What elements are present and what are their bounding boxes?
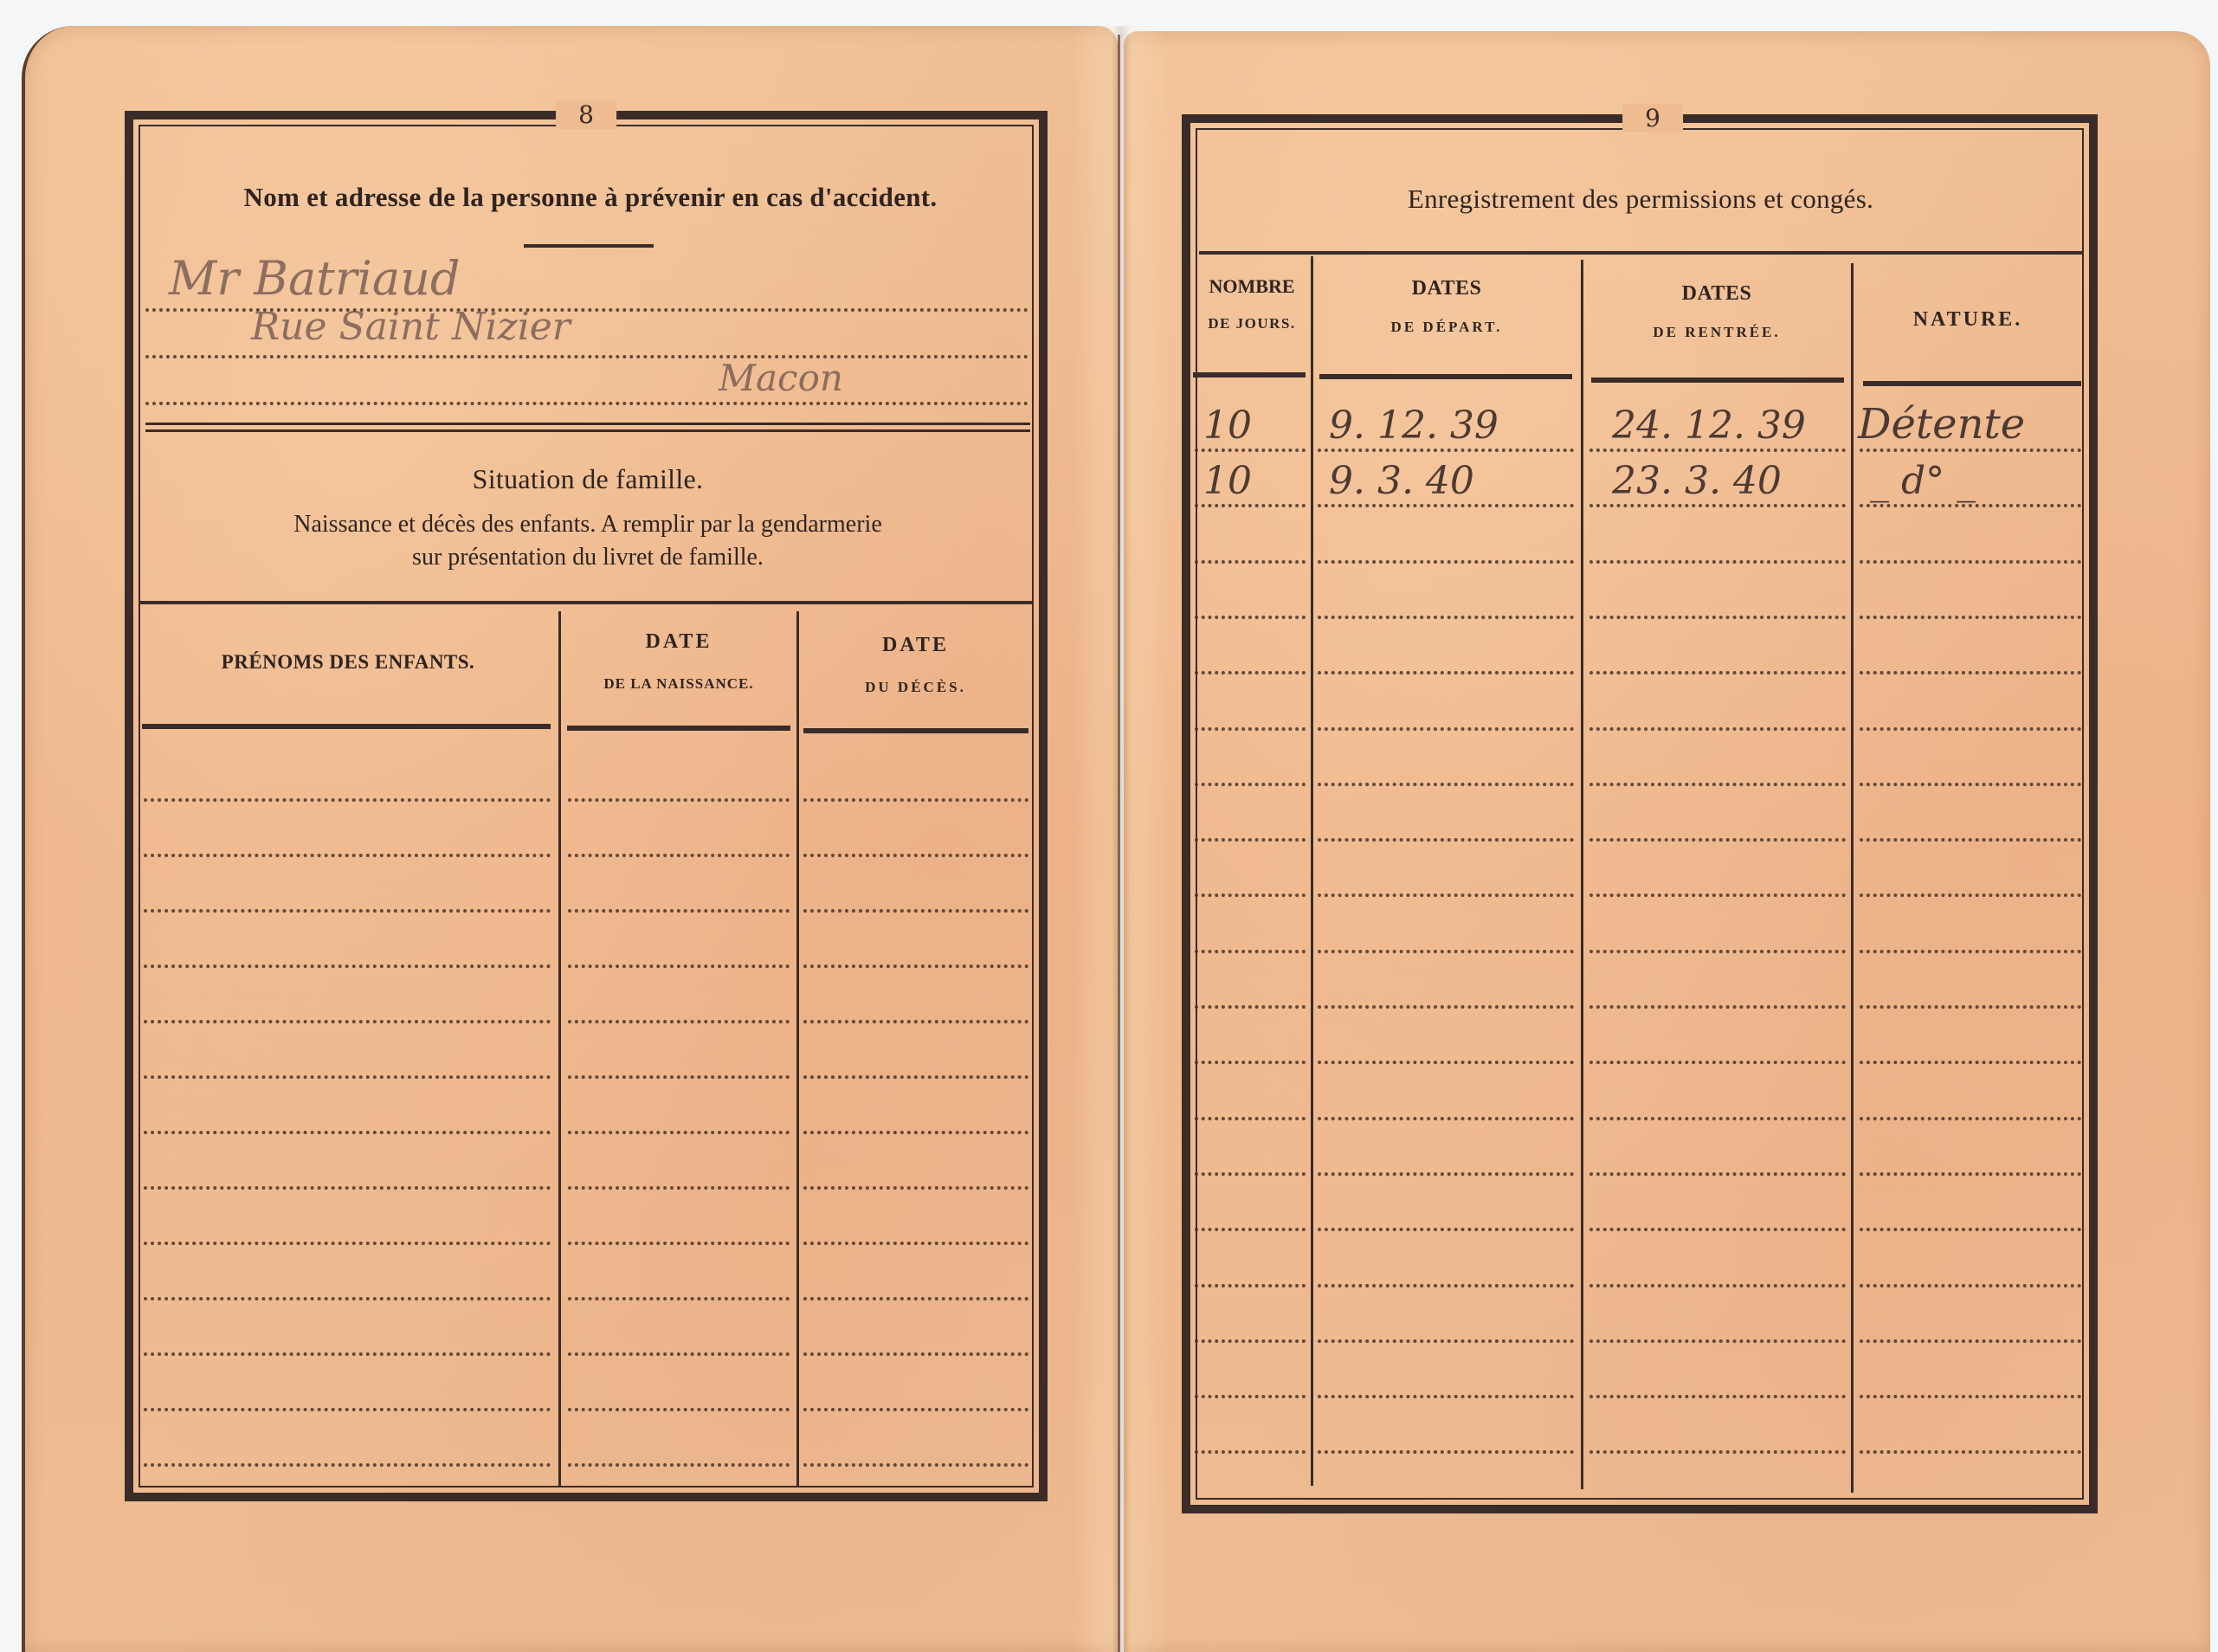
leave-col-header-departure-main: DATES xyxy=(1314,277,1579,300)
children-row-line-10-seg-2 xyxy=(568,1297,790,1300)
leave-row-line-7-seg-1 xyxy=(1195,783,1306,786)
leave-row-line-3-seg-3 xyxy=(1589,560,1846,564)
leave-row-line-13-seg-1 xyxy=(1195,1117,1306,1120)
children-row-line-9-seg-2 xyxy=(568,1242,790,1245)
children-row-line-13-seg-2 xyxy=(568,1463,790,1467)
leave-col-header-nature: NATURE. xyxy=(1854,308,2081,332)
children-row-line-2-seg-3 xyxy=(803,854,1028,857)
section-separator-top xyxy=(145,423,1030,425)
family-section-subtitle-1: Naissance et décès des enfants. A rempli… xyxy=(145,511,1030,539)
leave-row-line-7-seg-3 xyxy=(1589,783,1846,786)
children-row-line-3-seg-1 xyxy=(144,909,551,913)
children-col-header-death-sub: DU DÉCÈS. xyxy=(801,679,1030,696)
children-row-line-12-seg-2 xyxy=(568,1408,790,1411)
leave-row-line-3-seg-4 xyxy=(1860,560,2081,564)
leave-row-line-7-seg-2 xyxy=(1318,783,1574,786)
leave-row-line-15-seg-3 xyxy=(1589,1228,1846,1231)
leave-row-line-13-seg-4 xyxy=(1860,1117,2081,1120)
leave-row-line-2-seg-3 xyxy=(1589,504,1846,507)
page-number-8: 8 xyxy=(556,100,616,129)
leave-row-line-6-seg-4 xyxy=(1860,727,2081,731)
children-row-line-12-seg-3 xyxy=(803,1408,1028,1411)
leave-row-line-6-seg-1 xyxy=(1195,727,1306,731)
children-row-line-9-seg-3 xyxy=(803,1242,1028,1245)
leave-row-line-11-seg-3 xyxy=(1589,1005,1846,1009)
leave-row-line-17-seg-1 xyxy=(1195,1339,1306,1343)
children-row-line-5-seg-1 xyxy=(144,1020,551,1023)
children-row-line-6-seg-2 xyxy=(568,1075,790,1079)
leave-row-line-9-seg-3 xyxy=(1589,894,1846,897)
leave-row-line-5-seg-2 xyxy=(1318,671,1574,674)
leave-row-line-18-seg-2 xyxy=(1318,1395,1574,1398)
leave-row-1-nature: Détente xyxy=(1858,400,2025,448)
children-row-line-6-seg-3 xyxy=(803,1075,1028,1079)
leave-row-1-departure: 9. 12. 39 xyxy=(1329,403,1499,448)
children-col-divider-1 xyxy=(558,611,561,1487)
leave-row-line-18-seg-4 xyxy=(1860,1395,2081,1398)
children-row-line-12-seg-1 xyxy=(144,1408,551,1411)
leave-row-line-18-seg-3 xyxy=(1589,1395,1846,1398)
children-row-line-1-seg-3 xyxy=(803,798,1028,802)
children-row-line-13-seg-3 xyxy=(803,1463,1028,1467)
leave-row-line-1-seg-3 xyxy=(1589,448,1846,452)
leave-row-line-11-seg-2 xyxy=(1318,1005,1574,1009)
leave-row-line-15-seg-2 xyxy=(1318,1228,1574,1231)
leave-row-line-17-seg-4 xyxy=(1860,1339,2081,1343)
leave-row-line-10-seg-2 xyxy=(1318,950,1574,953)
leave-row-line-4-seg-1 xyxy=(1195,616,1306,619)
children-col-header-birth-main: DATE xyxy=(563,630,795,654)
leave-row-line-13-seg-2 xyxy=(1318,1117,1574,1120)
binding-gutter xyxy=(1118,35,1120,1652)
leave-row-line-18-seg-1 xyxy=(1195,1395,1306,1398)
leave-row-line-6-seg-2 xyxy=(1318,727,1574,731)
page-number-9: 9 xyxy=(1622,104,1683,132)
leave-col-header-departure-sub: DE DÉPART. xyxy=(1314,319,1579,336)
children-row-line-10-seg-1 xyxy=(144,1297,551,1300)
leave-row-line-8-seg-4 xyxy=(1860,838,2081,842)
leave-row-line-1-seg-4 xyxy=(1860,448,2081,452)
leave-table-top-rule xyxy=(1199,251,2084,255)
leave-row-line-15-seg-1 xyxy=(1195,1228,1306,1231)
leave-register-heading: Enregistrement des permissions et congés… xyxy=(1199,184,2082,215)
children-col-divider-2 xyxy=(796,611,799,1487)
leave-col-divider-2 xyxy=(1581,260,1583,1489)
children-row-line-1-seg-1 xyxy=(144,798,551,802)
leave-header-rule-4 xyxy=(1863,381,2081,386)
leave-row-2-departure: 9. 3. 40 xyxy=(1329,459,1474,503)
contact-heading: Nom et adresse de la personne à prévenir… xyxy=(166,182,1015,213)
children-row-line-5-seg-2 xyxy=(568,1020,790,1023)
leave-row-line-14-seg-1 xyxy=(1195,1172,1306,1176)
leave-row-line-12-seg-1 xyxy=(1195,1061,1306,1064)
leave-row-line-19-seg-2 xyxy=(1318,1450,1574,1454)
leave-row-line-19-seg-4 xyxy=(1860,1450,2081,1454)
leave-row-line-17-seg-2 xyxy=(1318,1339,1574,1343)
children-row-line-11-seg-3 xyxy=(803,1352,1028,1356)
leave-row-line-4-seg-2 xyxy=(1318,616,1574,619)
leave-row-line-12-seg-2 xyxy=(1318,1061,1574,1064)
children-row-line-7-seg-1 xyxy=(144,1131,551,1134)
children-table-top-rule xyxy=(140,601,1032,604)
leave-row-line-2-seg-4 xyxy=(1860,504,2081,507)
leave-row-line-9-seg-4 xyxy=(1860,894,2081,897)
address-line-2 xyxy=(145,355,1028,358)
handwritten-contact-city: Macon xyxy=(719,357,843,399)
leave-row-line-17-seg-3 xyxy=(1589,1339,1846,1343)
children-col-header-names: PRÉNOMS DES ENFANTS. xyxy=(140,651,556,674)
leave-col-header-days-main: NOMBRE xyxy=(1195,275,1309,298)
children-col-header-birth-sub: DE LA NAISSANCE. xyxy=(563,675,795,693)
leave-col-header-return-main: DATES xyxy=(1584,282,1849,306)
leave-row-line-16-seg-2 xyxy=(1318,1284,1574,1287)
leave-row-line-10-seg-3 xyxy=(1589,950,1846,953)
leave-row-1-return: 24. 12. 39 xyxy=(1612,403,1806,448)
leave-row-line-4-seg-3 xyxy=(1589,616,1846,619)
children-row-line-3-seg-2 xyxy=(568,909,790,913)
leave-row-line-19-seg-3 xyxy=(1589,1450,1846,1454)
leave-row-line-11-seg-1 xyxy=(1195,1005,1306,1009)
leave-row-line-16-seg-1 xyxy=(1195,1284,1306,1287)
leave-row-line-16-seg-3 xyxy=(1589,1284,1846,1287)
leave-col-header-return-sub: DE RENTRÉE. xyxy=(1584,324,1849,341)
leave-row-line-19-seg-1 xyxy=(1195,1450,1306,1454)
handwritten-contact-name: Mr Batriaud xyxy=(169,251,460,306)
children-row-line-9-seg-1 xyxy=(144,1242,551,1245)
leave-header-rule-1 xyxy=(1193,372,1306,378)
leave-row-line-10-seg-1 xyxy=(1195,950,1306,953)
leave-header-rule-3 xyxy=(1591,378,1844,383)
leave-row-line-5-seg-4 xyxy=(1860,671,2081,674)
leave-row-line-5-seg-3 xyxy=(1589,671,1846,674)
leave-row-1-days: 10 xyxy=(1203,403,1252,448)
leave-row-line-2-seg-2 xyxy=(1318,504,1574,507)
children-row-line-7-seg-2 xyxy=(568,1131,790,1134)
children-row-line-7-seg-3 xyxy=(803,1131,1028,1134)
children-row-line-10-seg-3 xyxy=(803,1297,1028,1300)
leave-row-2-return: 23. 3. 40 xyxy=(1612,459,1782,503)
children-row-line-13-seg-1 xyxy=(144,1463,551,1467)
leave-row-line-10-seg-4 xyxy=(1860,950,2081,953)
leave-row-line-14-seg-4 xyxy=(1860,1172,2081,1176)
children-row-line-8-seg-2 xyxy=(568,1186,790,1190)
leave-row-line-1-seg-1 xyxy=(1195,448,1306,452)
leave-col-header-days-sub: DE JOURS. xyxy=(1193,315,1311,332)
children-header-rule-2 xyxy=(567,726,790,731)
children-header-rule-3 xyxy=(803,728,1028,733)
family-section-title: Situation de famille. xyxy=(145,463,1030,495)
children-row-line-4-seg-1 xyxy=(144,965,551,968)
leave-row-line-1-seg-2 xyxy=(1318,448,1574,452)
leave-row-line-14-seg-3 xyxy=(1589,1172,1846,1176)
leave-row-line-4-seg-4 xyxy=(1860,616,2081,619)
leave-header-rule-2 xyxy=(1319,374,1572,379)
leave-col-divider-3 xyxy=(1851,263,1854,1493)
leave-row-line-8-seg-3 xyxy=(1589,838,1846,842)
leave-row-line-12-seg-4 xyxy=(1860,1061,2081,1064)
family-section-subtitle-2: sur présentation du livret de famille. xyxy=(145,544,1030,571)
children-row-line-2-seg-2 xyxy=(568,854,790,857)
children-row-line-11-seg-1 xyxy=(144,1352,551,1356)
leave-row-line-3-seg-1 xyxy=(1195,560,1306,564)
leave-row-2-days: 10 xyxy=(1203,459,1252,503)
leave-row-line-14-seg-2 xyxy=(1318,1172,1574,1176)
leave-row-line-5-seg-1 xyxy=(1195,671,1306,674)
binding-shadow xyxy=(1074,26,1169,1652)
children-row-line-5-seg-3 xyxy=(803,1020,1028,1023)
children-header-rule-1 xyxy=(142,724,551,729)
leave-row-line-11-seg-4 xyxy=(1860,1005,2081,1009)
leave-row-line-16-seg-4 xyxy=(1860,1284,2081,1287)
heading-underline xyxy=(524,244,654,248)
leave-row-line-3-seg-2 xyxy=(1318,560,1574,564)
leave-row-line-8-seg-1 xyxy=(1195,838,1306,842)
children-row-line-4-seg-2 xyxy=(568,965,790,968)
leave-row-line-13-seg-3 xyxy=(1589,1117,1846,1120)
children-row-line-4-seg-3 xyxy=(803,965,1028,968)
children-row-line-3-seg-3 xyxy=(803,909,1028,913)
leave-row-2-nature: _ d° _ xyxy=(1870,459,1976,503)
children-row-line-2-seg-1 xyxy=(144,854,551,857)
address-line-3 xyxy=(145,402,1028,405)
leave-row-line-12-seg-3 xyxy=(1589,1061,1846,1064)
children-col-header-death-main: DATE xyxy=(801,634,1030,657)
children-row-line-8-seg-1 xyxy=(144,1186,551,1190)
leave-row-line-9-seg-2 xyxy=(1318,894,1574,897)
leave-row-line-2-seg-1 xyxy=(1195,504,1306,507)
children-row-line-1-seg-2 xyxy=(568,798,790,802)
children-row-line-11-seg-2 xyxy=(568,1352,790,1356)
leave-row-line-6-seg-3 xyxy=(1589,727,1846,731)
leave-row-line-15-seg-4 xyxy=(1860,1228,2081,1231)
leave-row-line-7-seg-4 xyxy=(1860,783,2081,786)
children-row-line-8-seg-3 xyxy=(803,1186,1028,1190)
section-separator-bottom xyxy=(145,429,1030,432)
address-line-1 xyxy=(145,308,1028,312)
leave-col-divider-1 xyxy=(1311,256,1313,1486)
leave-row-line-9-seg-1 xyxy=(1195,894,1306,897)
leave-row-line-8-seg-2 xyxy=(1318,838,1574,842)
children-row-line-6-seg-1 xyxy=(144,1075,551,1079)
